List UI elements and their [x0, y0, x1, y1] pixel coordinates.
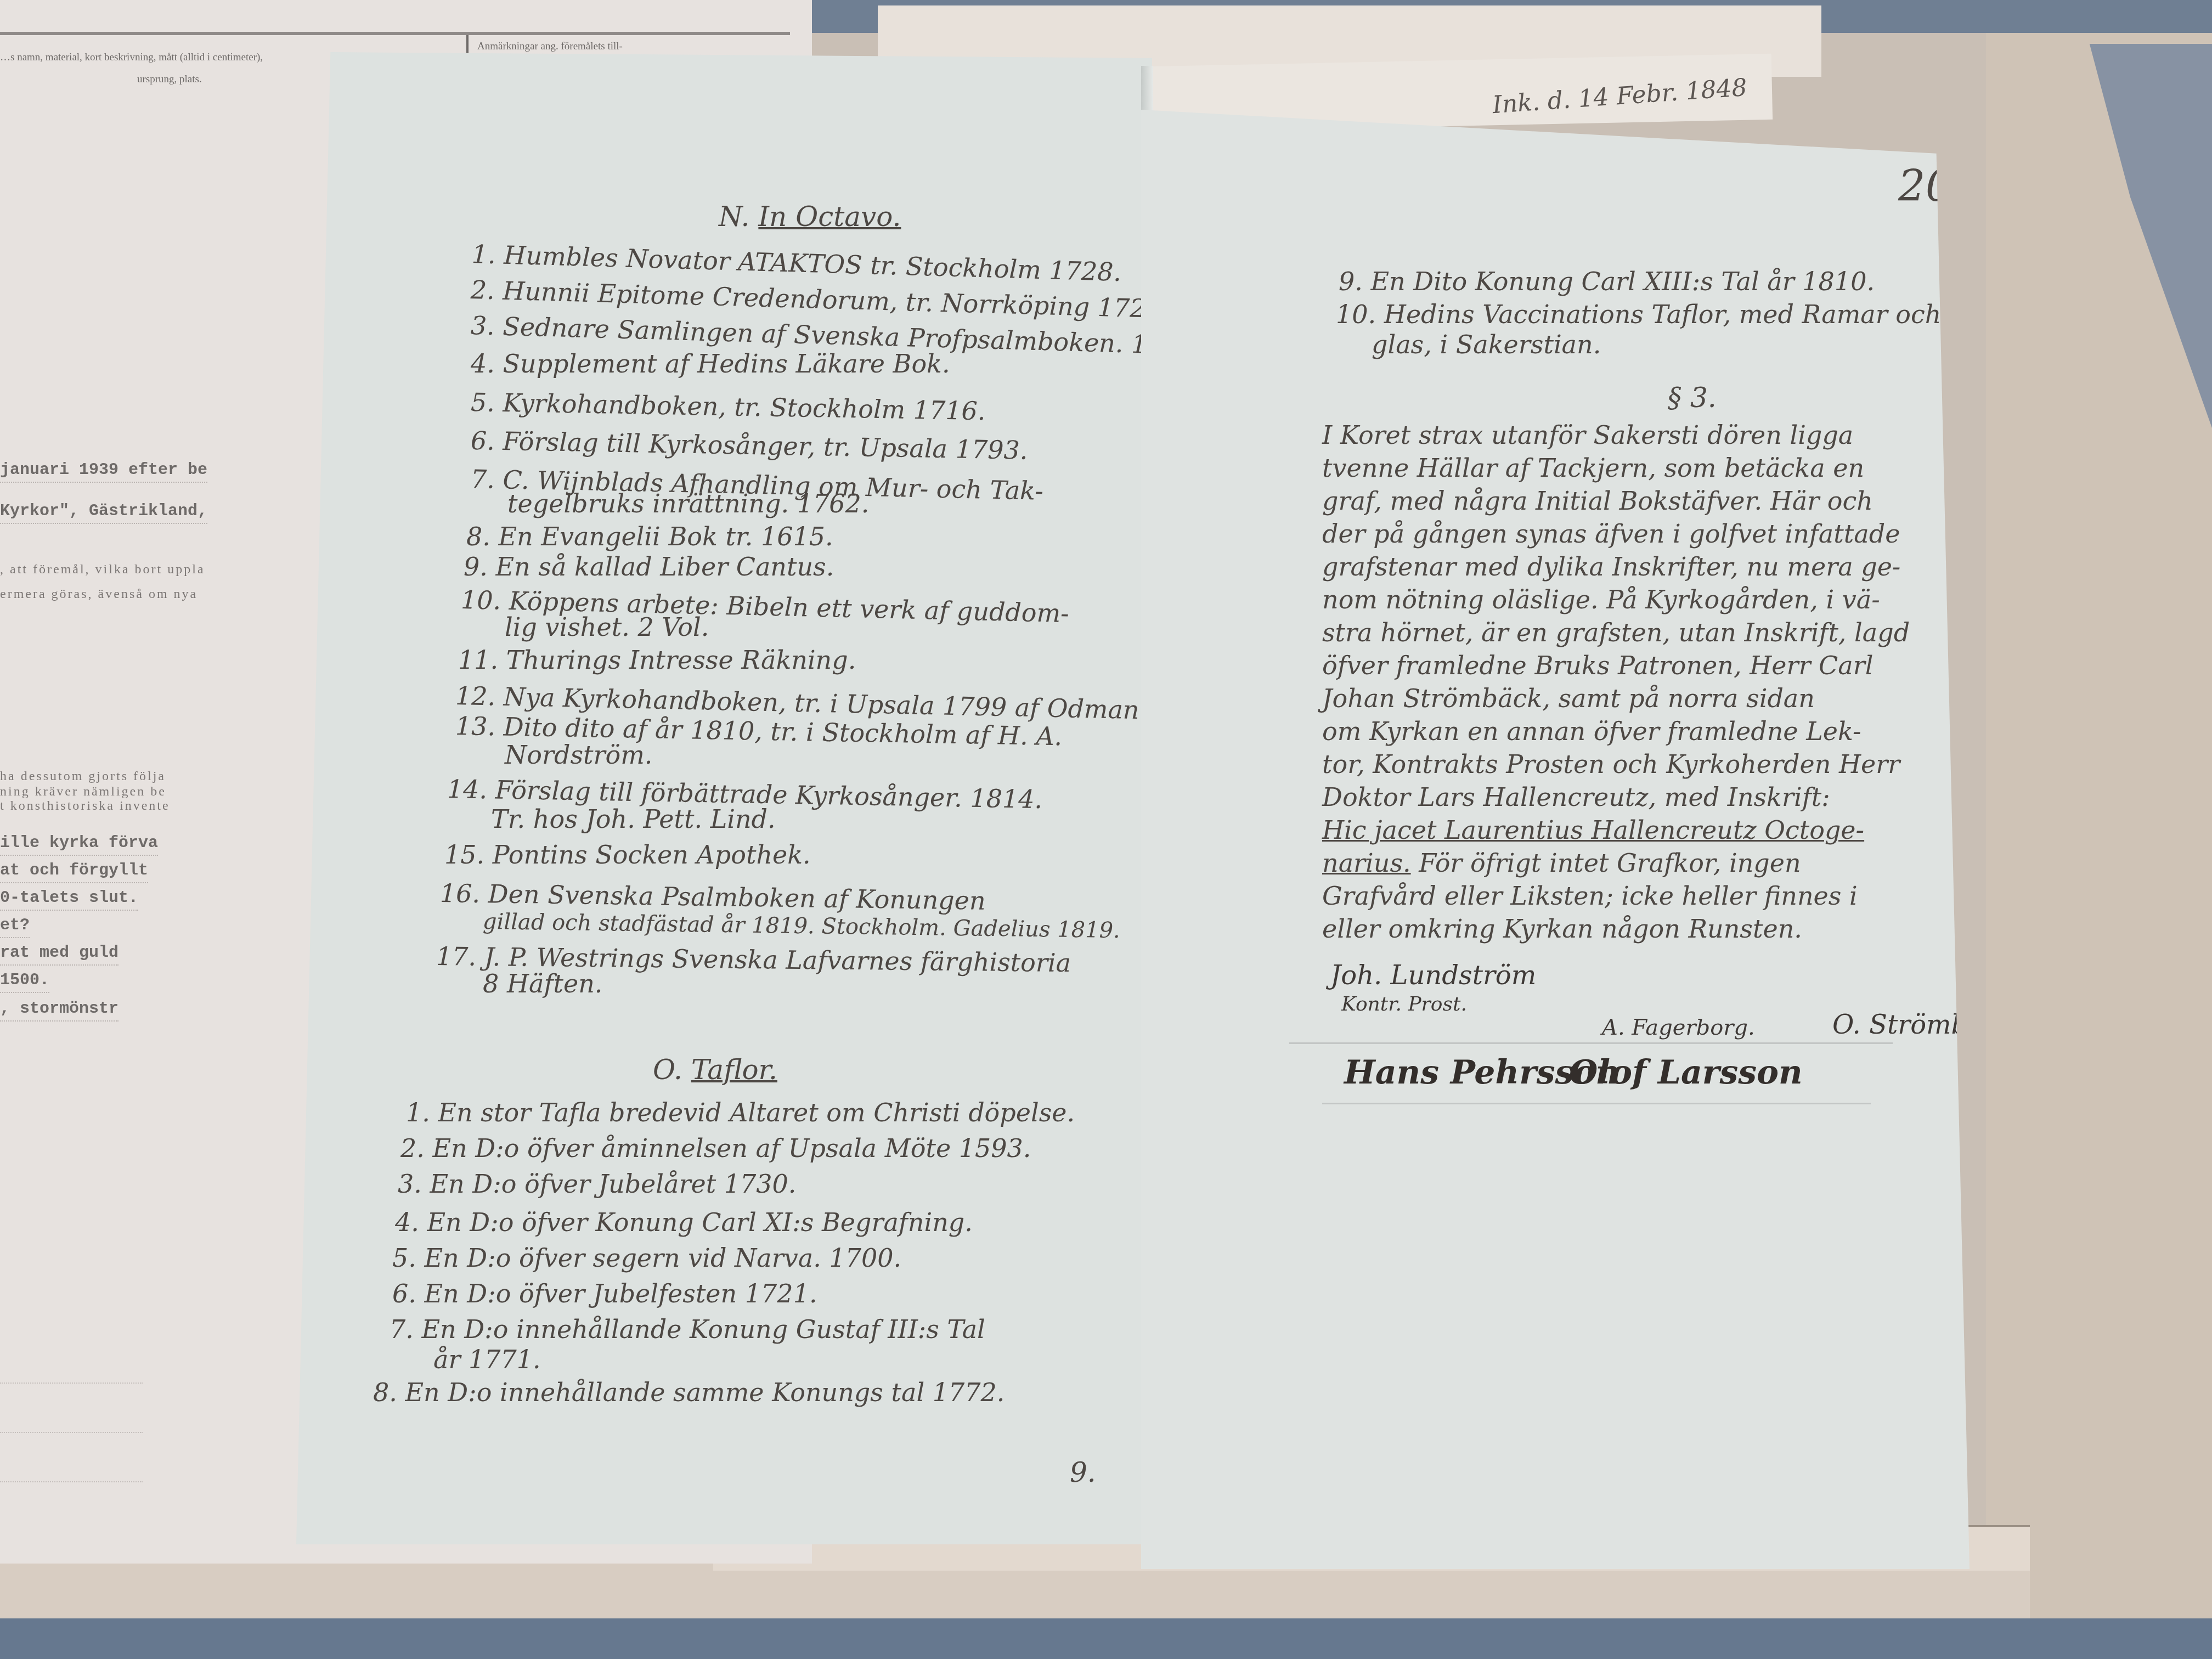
- paragraph-line: tvenne Hällar af Tackjern, som betäcka e…: [1322, 455, 1864, 481]
- paragraph-line: om Kyrkan en annan öfver framledne Lek-: [1322, 719, 1861, 744]
- list-item-continuation: Tr. hos Joh. Pett. Lind.: [491, 806, 776, 832]
- list-item-continuation: tegelbruks inrättning. 1762.: [507, 491, 869, 516]
- latin-inscription-end: narius.: [1322, 848, 1411, 878]
- section-n-letter: N.: [719, 201, 749, 233]
- signature-ruling: [1289, 1042, 1893, 1044]
- list-item-continuation: lig vishet. 2 Vol.: [505, 614, 709, 640]
- list-item: 16. Den Svenska Psalmboken af Konungen: [440, 881, 986, 913]
- typed-line: et?: [0, 916, 30, 938]
- list-item: 1. En stor Tafla bredevid Altaret om Chr…: [406, 1100, 1075, 1125]
- typed-line: , stormönstr: [0, 1000, 119, 1022]
- signature-lundstrom: Joh. Lundström: [1330, 960, 1536, 991]
- paragraph-line: Johan Strömbäck, samt på norra sidan: [1322, 686, 1815, 711]
- form-header-column-2: Anmärkningar ang. föremålets till-: [477, 41, 623, 53]
- list-item: 10. Hedins Vaccinations Taflor, med Rama…: [1336, 302, 1941, 327]
- ruled-line: [0, 1481, 143, 1482]
- printed-line: ning kräver nämligen be: [0, 785, 166, 799]
- list-item-continuation: 8 Häften.: [483, 971, 602, 996]
- list-item: 8. En D:o innehållande samme Konungs tal…: [373, 1380, 1005, 1405]
- section-3-heading: § 3.: [1668, 384, 1717, 411]
- typed-line: 1500.: [0, 971, 49, 993]
- list-item: 4. Supplement af Hedins Läkare Bok.: [471, 351, 950, 376]
- paragraph-line: eller omkring Kyrkan någon Runsten.: [1322, 916, 1802, 941]
- form-header-column-1-line-2: ursprung, plats.: [137, 74, 202, 86]
- page-number: 9.: [1070, 1457, 1096, 1488]
- paragraph-line: stra hörnet, är en grafsten, utan Inskri…: [1322, 620, 1910, 645]
- list-item: 9. En Dito Konung Carl XIII:s Tal år 181…: [1339, 269, 1875, 294]
- typed-line: januari 1939 efter be: [0, 461, 207, 483]
- list-item-continuation: år 1771.: [433, 1347, 541, 1372]
- form-header-column-1-line-1: …s namn, material, kort beskrivning, måt…: [0, 52, 263, 64]
- paragraph-line: Grafvård eller Liksten; icke heller finn…: [1322, 883, 1858, 909]
- list-item: 6. En D:o öfver Jubelfesten 1721.: [392, 1281, 817, 1306]
- list-item-continuation: Nordström.: [505, 742, 652, 768]
- paragraph-line: nom nötning oläslige. På Kyrkogården, i …: [1322, 587, 1880, 612]
- signature-ruling: [1322, 1103, 1871, 1104]
- list-item: 15. Pontins Socken Apothek.: [444, 842, 811, 867]
- ruled-line: [0, 1383, 143, 1384]
- signature-title: Kontr. Prost.: [1341, 993, 1467, 1015]
- paragraph-text: För öfrigt intet Grafkor, ingen: [1411, 848, 1801, 878]
- list-item: 5. Kyrkohandboken, tr. Stockholm 1716.: [471, 390, 986, 424]
- paragraph-line: grafstenar med dylika Inskrifter, nu mer…: [1322, 554, 1900, 579]
- list-item: 3. En D:o öfver Jubelåret 1730.: [398, 1171, 796, 1197]
- typed-line: Kyrkor", Gästrikland,: [0, 502, 207, 524]
- ruled-line: [0, 1432, 143, 1433]
- typed-line: ille kyrka förva: [0, 834, 158, 856]
- typed-line: 0-talets slut.: [0, 889, 138, 911]
- manuscript-left-page: N. In Octavo. 1. Humbles Novator ATAKTOS…: [296, 52, 1152, 1544]
- paragraph-line: graf, med några Initial Bokstäfver. Här …: [1322, 488, 1873, 513]
- list-item: 4. En D:o öfver Konung Carl XI:s Begrafn…: [395, 1210, 973, 1235]
- printed-line: ermera göras, ävenså om nya: [0, 587, 198, 602]
- printed-line: , att föremål, vilka bort uppla: [0, 562, 205, 577]
- typed-line: rat med guld: [0, 944, 119, 966]
- list-item: 8. En Evangelii Bok tr. 1615.: [466, 524, 833, 549]
- list-item: 2. En D:o öfver åminnelsen af Upsala Möt…: [400, 1136, 1031, 1161]
- folio-number: 207: [1898, 162, 1980, 211]
- list-item-continuation: glas, i Sakerstian.: [1372, 332, 1601, 357]
- list-item-continuation: gillad och stadfästad år 1819. Stockholm…: [483, 911, 1120, 941]
- background-blue-surface-bottom: [0, 1618, 2212, 1659]
- list-item: 5. En D:o öfver segern vid Narva. 1700.: [392, 1245, 901, 1271]
- section-o-heading: O. Taflor.: [653, 1056, 777, 1084]
- section-n-heading: N. In Octavo.: [719, 203, 901, 230]
- list-item: 7. En D:o innehållande Konung Gustaf III…: [390, 1317, 985, 1342]
- manuscript-right-page: 207 9. En Dito Konung Carl XIII:s Tal år…: [1141, 110, 1970, 1569]
- signature-fagerborg: A. Fagerborg.: [1602, 1015, 1755, 1040]
- list-item: 11. Thurings Intresse Räkning.: [458, 647, 856, 673]
- list-item: 6. Förslag till Kyrkosånger, tr. Upsala …: [471, 428, 1028, 463]
- latin-inscription: Hic jacet Laurentius Hallencreutz Octoge…: [1322, 817, 1864, 843]
- printed-line: t konsthistoriska invente: [0, 799, 170, 814]
- section-o-letter: O.: [653, 1054, 682, 1086]
- paragraph-line: I Koret strax utanför Sakersti dören lig…: [1322, 422, 1853, 448]
- section-o-title: Taflor.: [691, 1054, 777, 1086]
- section-n-title: In Octavo.: [758, 201, 901, 233]
- paragraph-line: tor, Kontrakts Prosten och Kyrkoherden H…: [1322, 752, 1900, 777]
- paragraph-line: der på gången synas äfven i golfvet infa…: [1322, 521, 1900, 546]
- paragraph-line: narius. För öfrigt intet Grafkor, ingen: [1322, 850, 1801, 876]
- list-item: 9. En så kallad Liber Cantus.: [464, 554, 834, 579]
- paragraph-line: Doktor Lars Hallencreutz, med Inskrift:: [1322, 785, 1830, 810]
- paragraph-line: öfver framledne Bruks Patronen, Herr Car…: [1322, 653, 1873, 678]
- signature-larsson: Olof Larsson: [1569, 1053, 1803, 1092]
- printed-line: ha dessutom gjorts följa: [0, 769, 166, 784]
- typed-line: at och förgyllt: [0, 861, 148, 883]
